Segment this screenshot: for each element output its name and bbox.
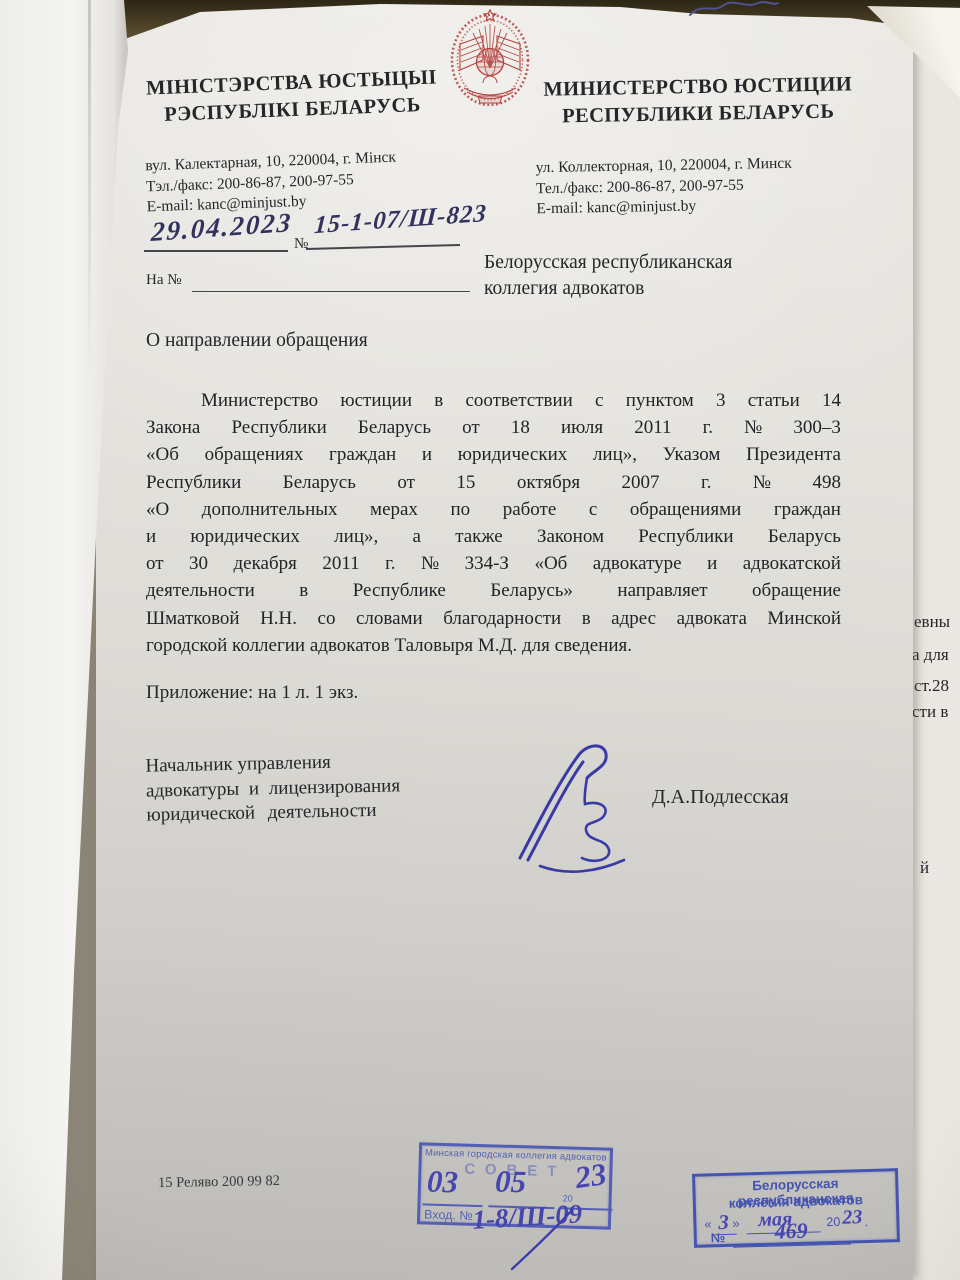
number-label: №	[294, 236, 308, 253]
stamp-right-period: .	[864, 1214, 868, 1229]
body-line: от30декабря2011г.№334-З«Обадвокатуреиадв…	[146, 553, 841, 580]
reply-to-label: На №	[146, 272, 182, 289]
date-underline	[144, 250, 288, 252]
coat-of-arms-belarus-icon	[448, 6, 532, 111]
letterhead-belarusian-title: МІНІСТЭРСТВА ЮСТЫЦЫІ РЭСПУБЛІКІ БЕЛАРУСЬ	[135, 64, 449, 130]
handwriting-fragment-top	[688, 0, 780, 23]
subject-line: О направлении обращения	[146, 330, 368, 352]
body-line: деятельностивРеспубликеБеларусь»направля…	[146, 580, 841, 607]
ministry-title-ru-line2: РЕСПУБЛИКИ БЕЛАРУСЬ	[524, 98, 872, 131]
body-line: ШматковойН.Н.сословамиблагодарностивадре…	[146, 608, 841, 635]
body-line: Министерствоюстициивсоответствииспунктом…	[146, 390, 841, 417]
stamp-right-number-underline	[733, 1243, 851, 1247]
letterhead-address-by: вул. Калектарная, 10, 220004, г. Мінск Т…	[145, 148, 398, 218]
ink-flourish	[508, 1208, 578, 1278]
body-line: РеспубликиБеларусьот15октября2007г.№498	[146, 472, 841, 499]
body-line: городской коллегии адвокатов Таловыря М.…	[146, 635, 841, 662]
number-underline	[306, 244, 460, 250]
body-line: ЗаконаРеспубликиБеларусьот18июля2011г.№3…	[146, 417, 841, 444]
body-paragraph: Министерствоюстициивсоответствииспунктом…	[146, 390, 841, 662]
addressee-line1: Белорусская республиканская	[484, 250, 829, 276]
body-line: «Одополнительныхмерахпоработесобращениям…	[146, 499, 841, 526]
stamp-left-handwritten-month: 05	[495, 1163, 527, 1200]
stamp-right-quote-close: »	[732, 1216, 740, 1231]
underlying-page-text-fragment: ст.28	[914, 676, 949, 696]
stamp-right-number-label: №	[711, 1230, 726, 1245]
stamp-right-quote-open: «	[704, 1216, 712, 1231]
incoming-stamp-republican-collegium: Белорусская республиканская коллегия адв…	[692, 1168, 900, 1248]
letterhead-address-ru: ул. Коллекторная, 10, 220004, г. Минск Т…	[535, 154, 792, 220]
stamp-left-handwritten-year: 23	[573, 1156, 609, 1196]
handwritten-signature	[482, 740, 652, 880]
reply-underline	[192, 291, 470, 292]
underlying-page-text-fragment: сти в	[912, 702, 948, 722]
stamp-left-incoming-label: Вход. №	[424, 1207, 473, 1222]
underlying-page-text-fragment: й	[920, 858, 929, 878]
underlying-page-text-fragment: евны	[914, 612, 950, 632]
email-ru: E-mail: kanc@minjust.by	[536, 195, 792, 220]
print-order-code: 15 Реляво 200 99 82	[158, 1173, 280, 1192]
body-line: июридическихлиц»,атакжеЗакономРеспублики…	[146, 526, 841, 553]
stamp-right-handwritten-number: 469	[774, 1218, 808, 1245]
attachment-line: Приложение: на 1 л. 1 экз.	[146, 682, 358, 704]
addressee-line2: коллегия адвокатов	[484, 276, 829, 302]
letterhead-russian-title: МИНИСТЕРСТВО ЮСТИЦИИ РЕСПУБЛИКИ БЕЛАРУСЬ	[524, 71, 873, 131]
signer-title-line: юридической деятельности	[146, 798, 401, 828]
letter-page: МІНІСТЭРСТВА ЮСТЫЦЫІ РЭСПУБЛІКІ БЕЛАРУСЬ	[96, 0, 913, 1280]
stamp-right-handwritten-year: 23	[842, 1206, 863, 1230]
stamp-left-handwritten-day: 03	[427, 1164, 459, 1201]
stamp-right-year-prefix: 20	[826, 1215, 840, 1229]
underlying-page-text-fragment: а для	[912, 645, 949, 665]
signer-title: Начальник управленияадвокатуры и лицензи…	[145, 749, 401, 828]
document-photo: евныа дляст.28сти вй МІНІСТЭРСТВА ЮСТЫЦЫ…	[0, 0, 960, 1280]
signer-name: Д.А.Подлесская	[652, 786, 789, 809]
body-line: «Обобращенияхгражданиюридическихлиц»,Ука…	[146, 444, 841, 471]
addressee-block: Белорусская республиканская коллегия адв…	[484, 250, 829, 301]
